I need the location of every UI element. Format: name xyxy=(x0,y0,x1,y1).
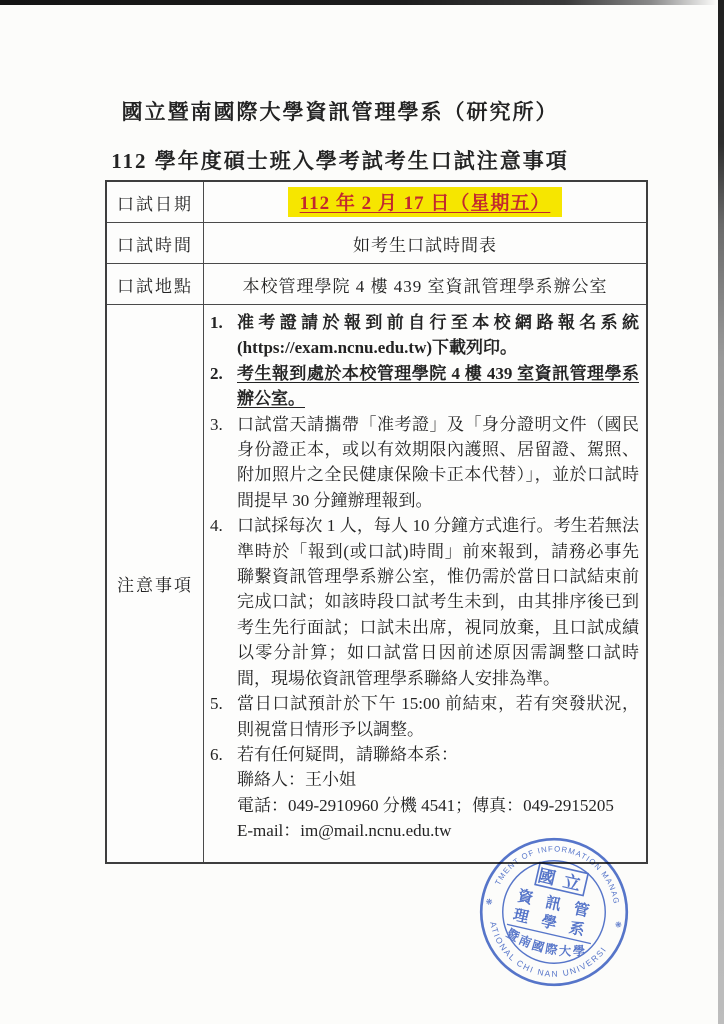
note-number-1: 1. xyxy=(210,310,223,335)
note-item-4: 4. 口試採每次 1 人，每人 10 分鐘方式進行。考生若無法準時於「報到(或口… xyxy=(210,513,639,691)
note-item-1: 1. 准考證請於報到前自行至本校網路報名系統(https://exam.ncnu… xyxy=(210,310,639,361)
note-item-3: 3. 口試當天請攜帶「准考證」及「身分證明文件（國民身份證正本，或以有效期限內護… xyxy=(210,412,639,514)
table-row-exam-location: 口試地點 本校管理學院 4 樓 439 室資訊管理學系辦公室 xyxy=(107,264,646,305)
exam-time-value: 如考生口試時間表 xyxy=(204,223,646,263)
document-title: 國立暨南國際大學資訊管理學系（研究所） xyxy=(0,96,680,126)
note-text-4: 口試採每次 1 人，每人 10 分鐘方式進行。考生若無法準時於「報到(或口試)時… xyxy=(237,516,639,687)
contact-phone-fax-line: 電話：049-2910960 分機 4541；傳真：049-2915205 xyxy=(210,793,639,818)
note-number-4: 4. xyxy=(210,513,223,538)
table-row-exam-time: 口試時間 如考生口試時間表 xyxy=(107,223,646,264)
exam-location-value: 本校管理學院 4 樓 439 室資訊管理學系辦公室 xyxy=(204,264,646,304)
stamp-ornament-right-icon: ❋ xyxy=(614,920,622,930)
table-row-exam-date: 口試日期 112 年 2 月 17 日（星期五） xyxy=(107,182,646,223)
exam-location-label: 口試地點 xyxy=(107,264,204,304)
document-subtitle: 112 學年度碩士班入學考試考生口試注意事項 xyxy=(0,145,680,175)
note-text-6: 若有任何疑問，請聯絡本系： xyxy=(237,745,458,764)
notice-table: 口試日期 112 年 2 月 17 日（星期五） 口試時間 如考生口試時間表 口… xyxy=(105,180,648,864)
notes-content: 1. 准考證請於報到前自行至本校網路報名系統(https://exam.ncnu… xyxy=(204,305,646,862)
note-text-5: 當日口試預計於下午 15:00 前結束，若有突發狀況，則視當日情形予以調整。 xyxy=(237,694,639,738)
exam-date-value-cell: 112 年 2 月 17 日（星期五） xyxy=(204,182,646,222)
note-item-5: 5. 當日口試預計於下午 15:00 前結束，若有突發狀況，則視當日情形予以調整… xyxy=(210,691,639,742)
note-number-6: 6. xyxy=(210,742,223,767)
note-number-5: 5. xyxy=(210,691,223,716)
scan-artifact-right-edge xyxy=(718,0,724,1024)
department-seal-stamp: DEPARTMENT OF INFORMATION MANAGEMENT NAT… xyxy=(472,830,636,994)
stamp-ornament-left-icon: ❋ xyxy=(485,897,493,907)
notes-label: 注意事項 xyxy=(107,305,204,862)
note-text-2: 考生報到處於本校管理學院 4 樓 439 室資訊管理學系辦公室。 xyxy=(237,364,639,408)
note-text-1: 准考證請於報到前自行至本校網路報名系統(https://exam.ncnu.ed… xyxy=(237,313,639,357)
exam-date-label: 口試日期 xyxy=(107,182,204,222)
contact-person-line: 聯絡人：王小姐 xyxy=(210,767,639,792)
note-text-3: 口試當天請攜帶「准考證」及「身分證明文件（國民身份證正本，或以有效期限內護照、居… xyxy=(237,415,639,510)
scan-artifact-top-edge xyxy=(0,0,724,5)
note-number-3: 3. xyxy=(210,412,223,437)
note-number-2: 2. xyxy=(210,361,223,386)
scanned-document-page: { "page": { "title_line1": "國立暨南國際大學資訊管理… xyxy=(0,0,724,1024)
table-row-notes: 注意事項 1. 准考證請於報到前自行至本校網路報名系統(https://exam… xyxy=(107,305,646,862)
note-item-2: 2. 考生報到處於本校管理學院 4 樓 439 室資訊管理學系辦公室。 xyxy=(210,361,639,412)
exam-time-label: 口試時間 xyxy=(107,223,204,263)
exam-date-highlighted: 112 年 2 月 17 日（星期五） xyxy=(288,187,563,217)
note-item-6: 6. 若有任何疑問，請聯絡本系： xyxy=(210,742,639,767)
